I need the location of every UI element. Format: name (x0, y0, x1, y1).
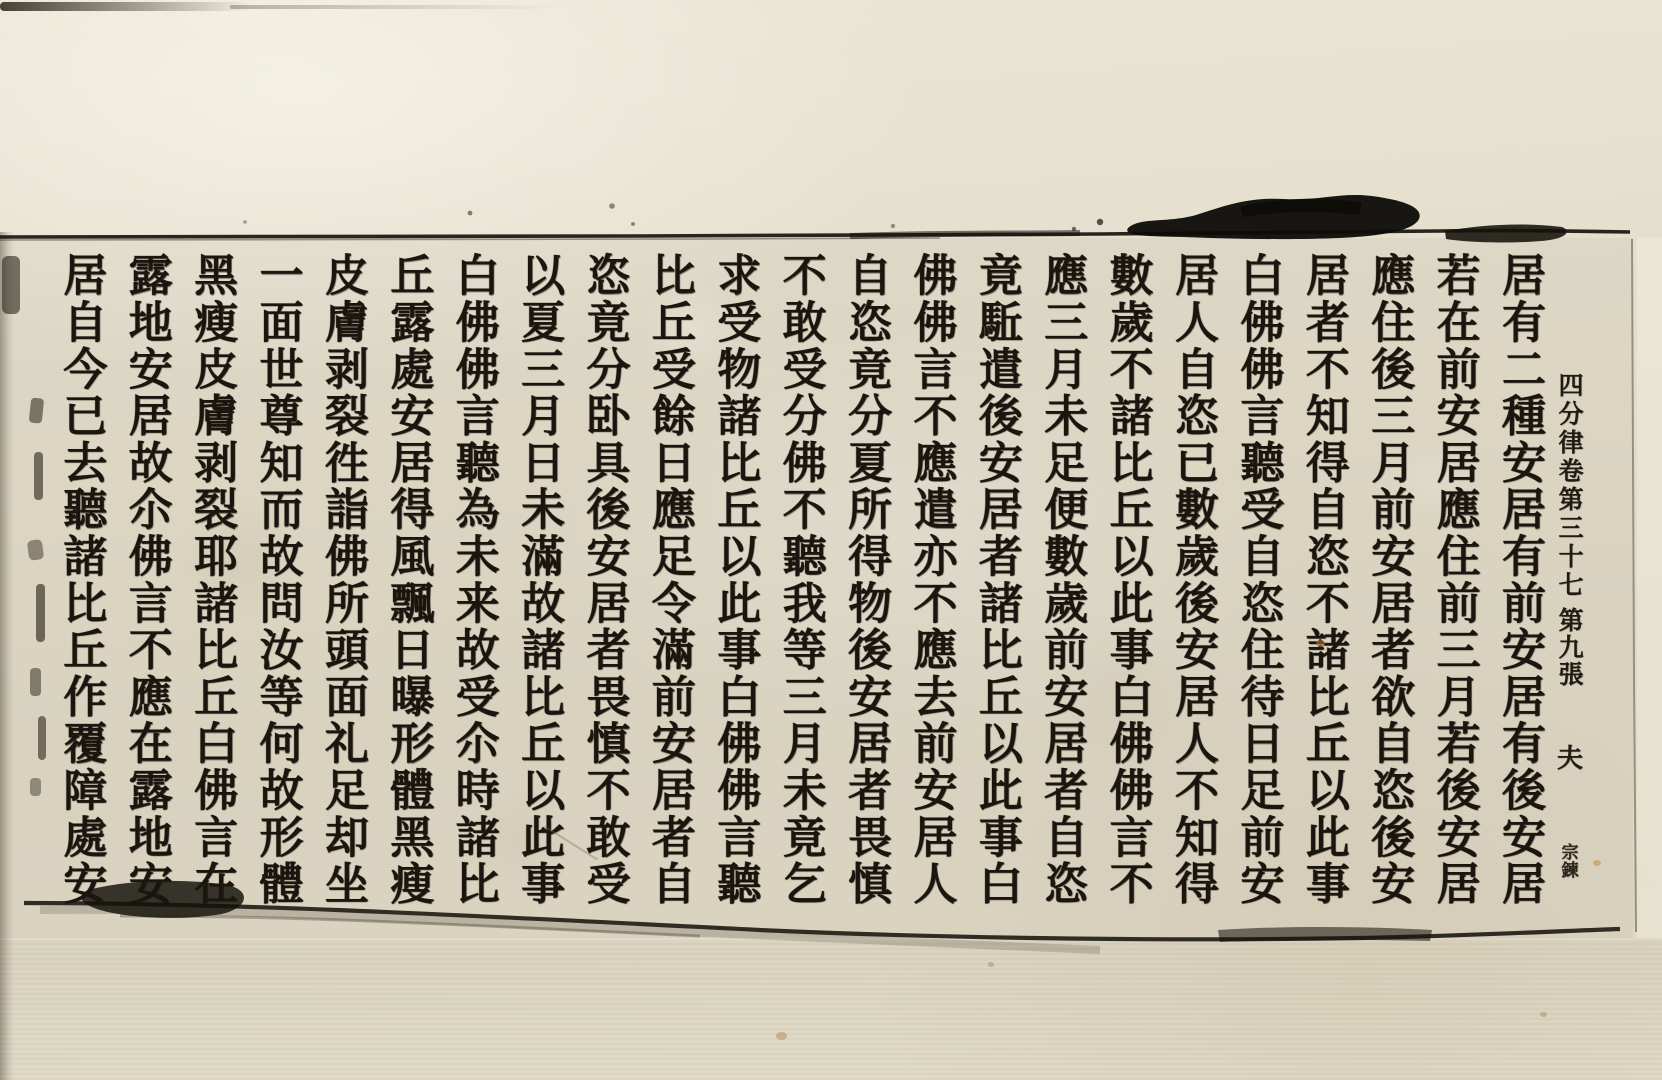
text-column: 應三月未足便數歲前安居者自恣 (1029, 252, 1094, 912)
manuscript-page: 居有二種安居有前安居有後安居若在前安居應住前三月若後安居應住後三月前安居者欲自恣… (0, 0, 1662, 1080)
text-column: 白佛佛言聽受自恣住待日足前安 (1225, 252, 1290, 912)
ink-speck (1072, 227, 1076, 231)
text-column: 比丘受餘日應足令滿前安居者自 (637, 252, 702, 912)
engraver-name: 宗鍊 (1556, 843, 1581, 879)
text-column: 自恣竟分夏所得物後安居者畏慎 (833, 252, 898, 912)
ink-smear (1445, 224, 1567, 242)
case-marker: 夫 (1550, 744, 1587, 770)
text-columns: 居有二種安居有前安居有後安居若在前安居應住前三月若後安居應住後三月前安居者欲自恣… (48, 252, 1552, 912)
right-frame-border (1632, 239, 1636, 932)
text-column: 居者不知得自恣不諸比丘以此事 (1290, 252, 1355, 912)
text-column: 竟駈遣後安居者諸比丘以此事白 (963, 252, 1028, 912)
ink-smudge (1218, 927, 1432, 942)
ink-speck (468, 211, 473, 216)
text-column: 以夏三月日未滿故諸比丘以此事 (506, 252, 571, 912)
title-column: 四分律卷第三十七 第九張 夫 宗鍊 (1548, 372, 1588, 879)
text-column: 不敢受分佛不聽我等三月未竟乞 (767, 252, 832, 912)
text-column: 若在前安居應住前三月若後安居 (1421, 252, 1486, 912)
text-column: 恣竟分卧具後安居者畏慎不敢受 (571, 252, 636, 912)
text-column: 黑瘦皮膚剥裂耶諸比丘白佛言在 (179, 252, 244, 912)
sheet-number: 第九張 (1550, 607, 1586, 688)
text-column: 露地安居故尒佛言不應在露地安 (113, 252, 178, 912)
ink-speck (243, 220, 247, 224)
ink-speck (1097, 219, 1103, 225)
text-column: 居人自恣已數歲後安居人不知得 (1160, 252, 1225, 912)
text-column: 居自今已去聽諸比丘作覆障處安 (48, 252, 113, 912)
text-column: 一面世尊知而故問汝等何故形體 (244, 252, 309, 912)
ink-speck (891, 224, 895, 228)
text-column: 佛佛言不應遣亦不應去前安居人 (898, 252, 963, 912)
text-column: 求受物諸比丘以此事白佛佛言聽 (702, 252, 767, 912)
left-margin-marks (2, 256, 46, 796)
text-column: 丘露處安居得風飄日曝形體黑瘦 (375, 252, 440, 912)
top-rule-thick-segment (850, 233, 1080, 236)
text-column: 數歲不諸比丘以此事白佛佛言不 (1094, 252, 1159, 912)
text-column: 居有二種安居有前安居有後安居 (1487, 252, 1552, 912)
text-column: 白佛佛言聽為未来故受尒時諸比 (440, 252, 505, 912)
volume-title: 四分律卷第三十七 (1550, 372, 1586, 600)
text-column: 皮膚剥裂徃詣佛所頭面礼足却坐 (310, 252, 375, 912)
ink-speck (609, 203, 615, 209)
text-column: 應住後三月前安居者欲自恣後安 (1356, 252, 1421, 912)
ink-speck (631, 222, 635, 226)
